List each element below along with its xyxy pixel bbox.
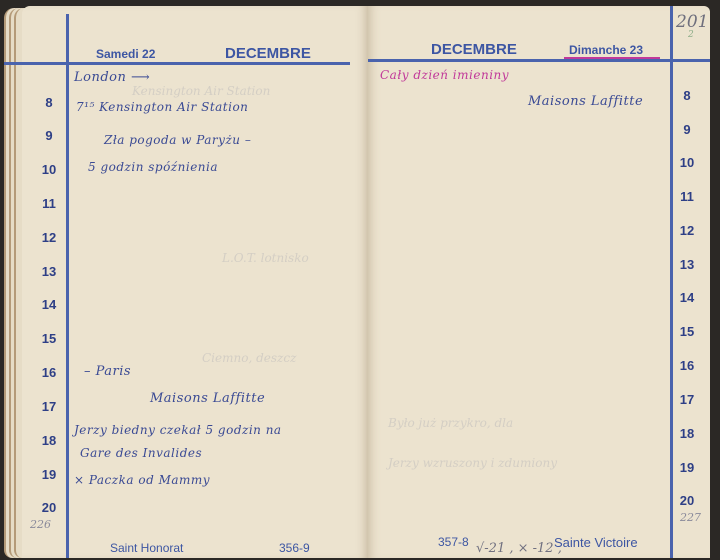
handwritten-entry: London ⟶ bbox=[74, 70, 150, 85]
hour-label: 16 bbox=[36, 365, 62, 380]
hour-label: 10 bbox=[674, 155, 700, 170]
handwritten-entry: Maisons Laffitte bbox=[150, 391, 265, 406]
pencil-page-number: 227 bbox=[680, 511, 701, 524]
hour-label: 12 bbox=[674, 223, 700, 238]
saint-name: Sainte Victoire bbox=[554, 535, 638, 550]
hour-label: 8 bbox=[36, 95, 62, 110]
left-page: Samedi 22 DECEMBRE 8 9 10 11 12 13 14 15… bbox=[22, 6, 368, 558]
right-page: DECEMBRE Dimanche 23 201 2 8 9 10 11 12 … bbox=[368, 6, 710, 558]
handwritten-entry: 5 godzin spóźnienia bbox=[88, 160, 218, 174]
hour-label: 9 bbox=[36, 128, 62, 143]
hour-label: 17 bbox=[674, 392, 700, 407]
pencil-page-number: 226 bbox=[30, 518, 51, 531]
pencil-footer-note: √-21 , × -12 , bbox=[476, 541, 562, 556]
handwritten-entry: Maisons Laffitte bbox=[528, 94, 643, 109]
handwritten-entry: × Paczka od Mammy bbox=[74, 473, 210, 487]
handwritten-entry: – Paris bbox=[84, 364, 131, 379]
pink-underline bbox=[564, 57, 660, 59]
hour-label: 13 bbox=[36, 264, 62, 279]
day-label: Dimanche 23 bbox=[569, 43, 643, 57]
hour-label: 17 bbox=[36, 399, 62, 414]
hour-label: 11 bbox=[674, 189, 700, 204]
hour-label: 18 bbox=[674, 426, 700, 441]
handwritten-entry: 7¹⁵ Kensington Air Station bbox=[76, 100, 248, 114]
hour-label: 10 bbox=[36, 162, 62, 177]
handwritten-entry: Jerzy biedny czekał 5 godzin na bbox=[74, 423, 282, 437]
hour-label: 9 bbox=[674, 122, 700, 137]
hour-label: 19 bbox=[36, 467, 62, 482]
diary-spread: Samedi 22 DECEMBRE 8 9 10 11 12 13 14 15… bbox=[0, 0, 720, 560]
header-rule bbox=[368, 59, 710, 62]
hour-label: 20 bbox=[36, 500, 62, 515]
day-label: Samedi 22 bbox=[96, 47, 155, 61]
hour-label: 18 bbox=[36, 433, 62, 448]
hour-label: 13 bbox=[674, 257, 700, 272]
hour-label: 20 bbox=[674, 493, 700, 508]
saint-name: Saint Honorat bbox=[110, 541, 183, 555]
hour-label: 8 bbox=[674, 88, 700, 103]
hour-label: 16 bbox=[674, 358, 700, 373]
month-label: DECEMBRE bbox=[225, 45, 311, 62]
hour-label: 19 bbox=[674, 460, 700, 475]
hour-label: 15 bbox=[36, 331, 62, 346]
hour-label: 15 bbox=[674, 324, 700, 339]
hour-column-rule bbox=[670, 6, 673, 558]
hour-label: 14 bbox=[36, 297, 62, 312]
hour-label: 11 bbox=[36, 196, 62, 211]
day-of-year: 356-9 bbox=[279, 541, 310, 555]
pencil-corner-number: 201 bbox=[676, 12, 708, 32]
handwritten-entry: Gare des Invalides bbox=[80, 446, 202, 460]
hour-label: 14 bbox=[674, 290, 700, 305]
header-rule bbox=[4, 62, 350, 65]
month-label: DECEMBRE bbox=[431, 41, 517, 58]
handwritten-entry: Zła pogoda w Paryżu – bbox=[104, 133, 251, 147]
handwritten-pink-entry: Cały dzień imieniny bbox=[380, 68, 509, 82]
corner-sub-number: 2 bbox=[688, 30, 694, 40]
hour-label: 12 bbox=[36, 230, 62, 245]
day-of-year: 357-8 bbox=[438, 535, 469, 549]
hour-column-rule bbox=[66, 14, 69, 558]
